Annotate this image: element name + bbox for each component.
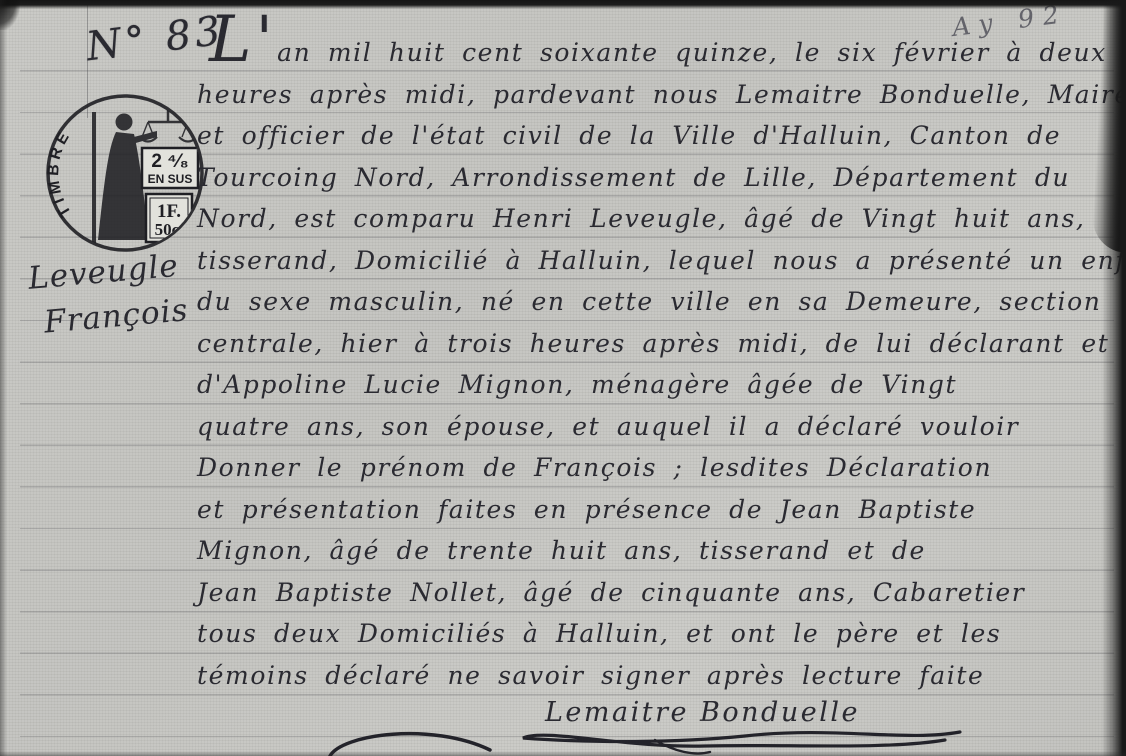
scan-shadow-left xyxy=(0,0,7,756)
stamp-ring-label: TIMBRE xyxy=(45,126,75,220)
margin-child-name: Leveugle François xyxy=(26,243,190,346)
manuscript-line: L'an mil huit cent soixante quinze, le s… xyxy=(197,38,1109,80)
manuscript-line: tisserand, Domicilié à Halluin, lequel n… xyxy=(197,246,1109,288)
svg-text:EN SUS: EN SUS xyxy=(148,172,193,186)
manuscript-body: L'an mil huit cent soixante quinze, le s… xyxy=(197,38,1109,702)
manuscript-line: Nord, est comparu Henri Leveugle, âgé de… xyxy=(197,204,1109,246)
scan-shadow-bottom xyxy=(0,751,1126,756)
stamp-fee-box: 1F. 50c. xyxy=(146,194,192,242)
manuscript-line: Donner le prénom de François ; lesdites … xyxy=(197,453,1109,495)
manuscript-line: heures après midi, pardevant nous Lemait… xyxy=(197,80,1109,122)
manuscript-line: du sexe masculin, né en cette ville en s… xyxy=(197,287,1109,329)
manuscript-line: d'Appoline Lucie Mignon, ménagère âgée d… xyxy=(197,370,1109,412)
register-scan-page: N° 83 Ay 92 TIMBRE xyxy=(0,0,1126,756)
manuscript-line: quatre ans, son épouse, et auquel il a d… xyxy=(197,412,1109,454)
revenue-stamp: TIMBRE 2 ⁴⁄₈ EN SUS 1F. xyxy=(44,92,208,256)
manuscript-line: Tourcoing Nord, Arrondissement de Lille,… xyxy=(197,163,1109,205)
manuscript-line: et officier de l'état civil de la Ville … xyxy=(197,121,1109,163)
scan-shadow-top xyxy=(0,0,1126,9)
svg-text:2 ⁴⁄₈: 2 ⁴⁄₈ xyxy=(151,151,188,172)
scan-shadow-right xyxy=(1102,0,1126,756)
svg-text:1F.: 1F. xyxy=(157,201,181,222)
manuscript-line: Mignon, âgé de trente huit ans, tisseran… xyxy=(197,536,1109,578)
manuscript-line: témoins déclaré ne savoir signer après l… xyxy=(197,661,1109,703)
manuscript-line: Jean Baptiste Nollet, âgé de cinquante a… xyxy=(197,578,1109,620)
stamp-surcharge-box: 2 ⁴⁄₈ EN SUS xyxy=(142,148,198,188)
manuscript-line: et présentation faites en présence de Je… xyxy=(197,495,1109,537)
manuscript-line: tous deux Domiciliés à Halluin, et ont l… xyxy=(197,619,1109,661)
manuscript-line: centrale, hier à trois heures après midi… xyxy=(197,329,1109,371)
